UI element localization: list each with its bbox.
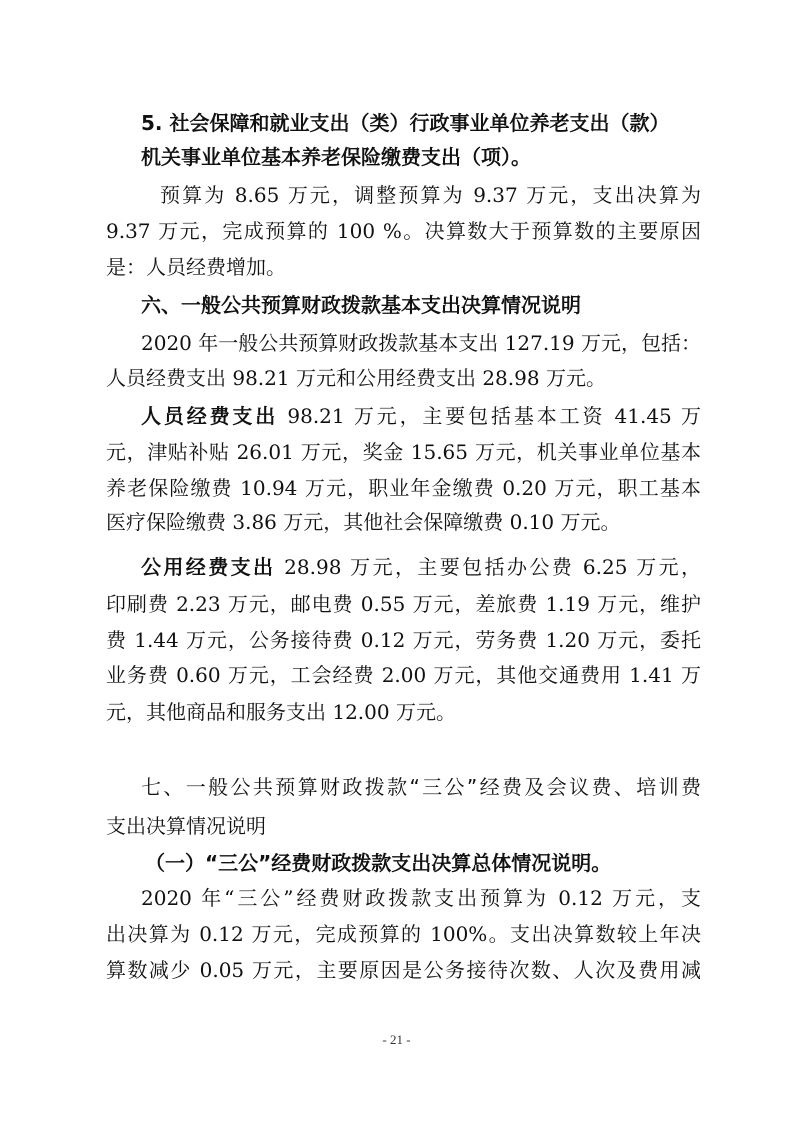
section7-sub1-line3: 算数减少 0.05 万元，主要原因是公务接待次数、人次及费用减 xyxy=(106,956,701,984)
section5-heading-line2: 机关事业单位基本养老保险缴费支出（项）。 xyxy=(141,143,531,171)
personnel-expense-line3: 养老保险缴费 10.94 万元，职业年金缴费 0.20 万元，职工基本 xyxy=(106,474,701,502)
personnel-expense-line4: 医疗保险缴费 3.86 万元，其他社会保障缴费 0.10 万元。 xyxy=(106,508,621,536)
public-expense-line4: 业务费 0.60 万元，工会经费 2.00 万元，其他交通费用 1.41 万 xyxy=(106,661,701,689)
section7-sub1-line1: 2020 年“三公”经费财政拨款支出预算为 0.12 万元，支 xyxy=(141,884,701,912)
section7-heading-line2: 支出决算情况说明 xyxy=(106,812,266,840)
section6-summary-line2: 人员经费支出 98.21 万元和公用经费支出 28.98 万元。 xyxy=(106,364,606,392)
public-expense-line5: 元，其他商品和服务支出 12.00 万元。 xyxy=(106,698,456,726)
public-expense-line3: 费 1.44 万元，公务接待费 0.12 万元，劳务费 1.20 万元，委托 xyxy=(106,626,701,654)
section7-sub1-heading: （一）“三公”经费财政拨款支出决算总体情况说明。 xyxy=(145,849,611,877)
public-expense-line1-text: 28.98 万元，主要包括办公费 6.25 万元， xyxy=(275,555,701,579)
personnel-expense-line1-text: 98.21 万元，主要包括基本工资 41.45 万 xyxy=(278,404,701,428)
personnel-expense-label: 人员经费支出 xyxy=(141,404,278,428)
section6-summary-line1: 2020 年一般公共预算财政拨款基本支出 127.19 万元，包括： xyxy=(141,329,701,357)
section6-heading: 六、一般公共预算财政拨款基本支出决算情况说明 xyxy=(141,291,581,319)
public-expense-line1: 公用经费支出 28.98 万元，主要包括办公费 6.25 万元， xyxy=(141,553,701,581)
section7-heading-line1: 七、一般公共预算财政拨款“三公”经费及会议费、培训费 xyxy=(141,773,701,801)
page-number: - 21 - xyxy=(0,1032,793,1048)
public-expense-line2: 印刷费 2.23 万元，邮电费 0.55 万元，差旅费 1.19 万元，维护 xyxy=(106,590,701,618)
personnel-expense-line1: 人员经费支出 98.21 万元，主要包括基本工资 41.45 万 xyxy=(141,402,701,430)
section5-body-line2: 9.37 万元，完成预算的 100 %。决算数大于预算数的主要原因 xyxy=(106,217,701,245)
section5-body-line1: 预算为 8.65 万元，调整预算为 9.37 万元，支出决算为 xyxy=(160,181,701,209)
section5-body-line3: 是：人员经费增加。 xyxy=(106,253,286,281)
section5-heading-line1: 5. 社会保障和就业支出（类）行政事业单位养老支出（款） xyxy=(141,109,701,137)
section7-sub1-line2: 出决算为 0.12 万元，完成预算的 100%。支出决算数较上年决 xyxy=(106,920,701,948)
personnel-expense-line2: 元，津贴补贴 26.01 万元，奖金 15.65 万元，机关事业单位基本 xyxy=(106,438,701,466)
public-expense-label: 公用经费支出 xyxy=(141,555,275,579)
